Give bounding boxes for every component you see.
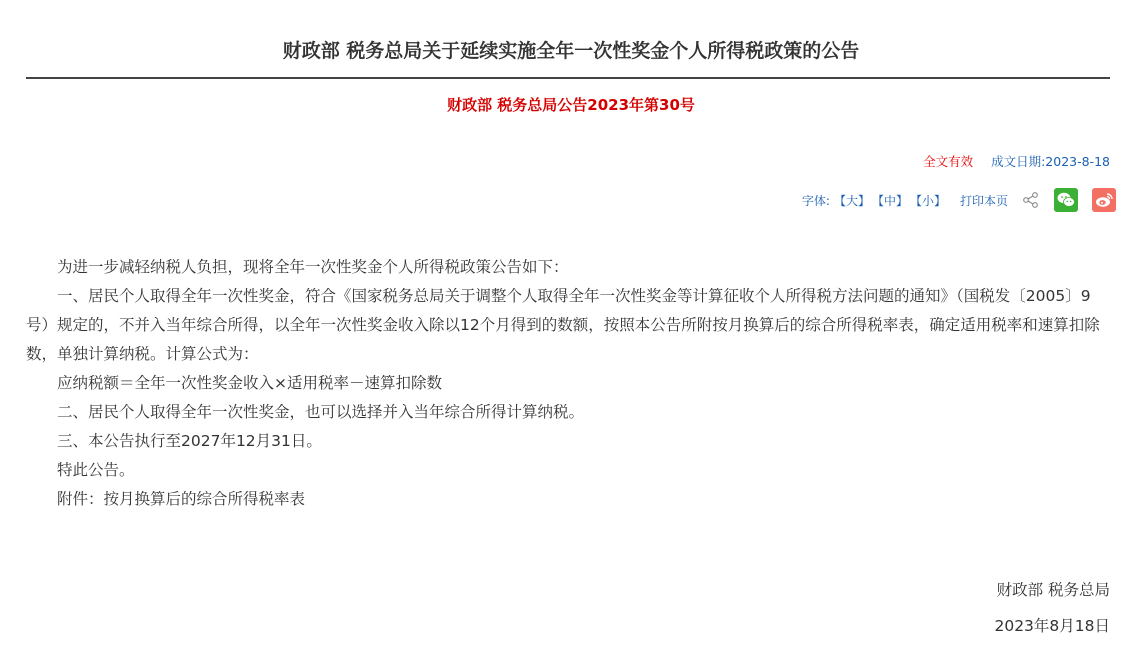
signature-date: 2023年8月18日 [994, 614, 1110, 636]
closing-paragraph: 特此公告。 [26, 456, 1112, 485]
page-title: 财政部 税务总局关于延续实施全年一次性奖金个人所得税政策的公告 [0, 36, 1142, 63]
signature-issuer: 财政部 税务总局 [997, 578, 1110, 600]
font-size-label: 字体: [802, 192, 830, 209]
issue-date: 成文日期:2023-8-18 [991, 154, 1110, 169]
font-large-button[interactable]: 【大】 [834, 192, 870, 209]
attachment-link[interactable]: 附件：按月换算后的综合所得税率表 [26, 485, 1112, 514]
formula-paragraph: 应纳税额＝全年一次性奖金收入×适用税率－速算扣除数 [26, 369, 1112, 398]
font-medium-button[interactable]: 【中】 [872, 192, 908, 209]
font-small-button[interactable]: 【小】 [910, 192, 946, 209]
toolbar: 字体: 【大】 【中】 【小】 打印本页 [802, 188, 1116, 212]
validity-status: 全文有效 [923, 154, 973, 169]
wechat-icon[interactable] [1054, 188, 1078, 212]
print-page-button[interactable]: 打印本页 [960, 192, 1008, 209]
document-meta: 全文有效 成文日期:2023-8-18 [923, 152, 1110, 170]
intro-paragraph: 为进一步减轻纳税人负担，现将全年一次性奖金个人所得税政策公告如下： [26, 253, 1112, 282]
weibo-icon[interactable] [1092, 188, 1116, 212]
share-icon[interactable] [1022, 191, 1040, 209]
title-divider [26, 77, 1110, 79]
article-body: 为进一步减轻纳税人负担，现将全年一次性奖金个人所得税政策公告如下： 一、居民个人… [26, 253, 1112, 514]
clause-1-paragraph: 一、居民个人取得全年一次性奖金，符合《国家税务总局关于调整个人取得全年一次性奖金… [26, 282, 1112, 369]
document-number: 财政部 税务总局公告2023年第30号 [0, 94, 1142, 115]
clause-2-paragraph: 二、居民个人取得全年一次性奖金，也可以选择并入当年综合所得计算纳税。 [26, 398, 1112, 427]
clause-3-paragraph: 三、本公告执行至2027年12月31日。 [26, 427, 1112, 456]
